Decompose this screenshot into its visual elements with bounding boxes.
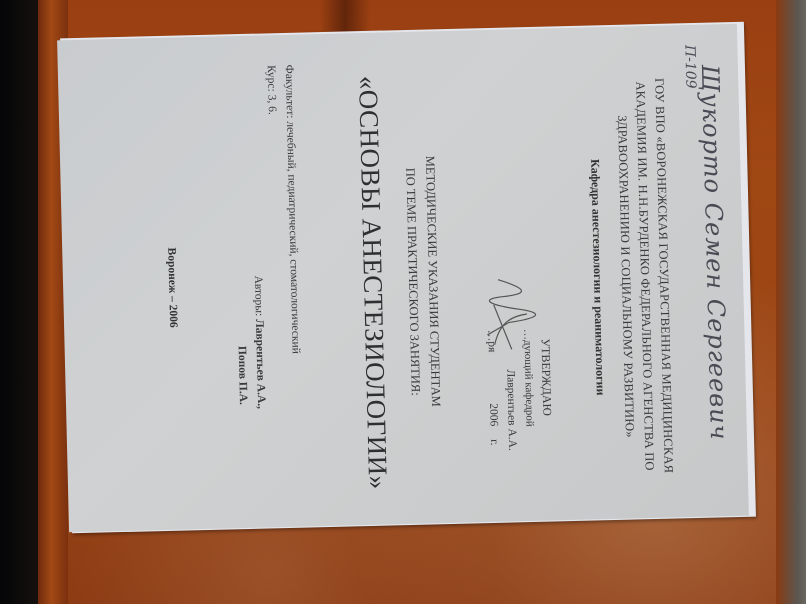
city-year: Воронеж – 2006 — [161, 68, 184, 508]
main-title: «ОСНОВЫ АНЕСТЕЗИОЛОГИИ» — [351, 52, 393, 513]
course-label: Курс: — [265, 65, 278, 92]
organization-header: ГОУ ВПО «ВОРОНЕЖСКАЯ ГОСУДАРСТВЕННАЯ МЕД… — [611, 55, 679, 496]
approval-name: Лаврентьев А.А. — [501, 369, 522, 499]
guidelines-subtitle: МЕТОДИЧЕСКИЕ УКАЗАНИЯ СТУДЕНТАМ ПО ТЕМЕ … — [398, 61, 449, 502]
background-dark-area — [0, 0, 40, 604]
document-sheet: Щукорто Семен Сергеевич П-109 ГОУ ВПО «В… — [57, 24, 749, 532]
faculty-value: лечебный, педиатрический, стоматологичес… — [284, 121, 302, 354]
author-2: Попов П.А. — [233, 346, 255, 506]
department-name: Кафедра анестезиологии и реаниматологии — [585, 57, 611, 497]
faculty-label: Факультет: — [283, 65, 296, 119]
authors-label: Авторы: — [252, 275, 265, 316]
handwritten-name: Щукорто Семен Сергеевич — [696, 64, 733, 441]
signature-icon — [478, 274, 540, 355]
approval-year-suffix: г. — [485, 439, 503, 446]
document-meta: Факультет: лечебный, педиатрический, сто… — [226, 65, 309, 507]
author-1: Лаврентьев А.А., — [253, 319, 267, 409]
course-value: 3, 6. — [265, 94, 277, 114]
document-page-rotated: Щукорто Семен Сергеевич П-109 ГОУ ВПО «В… — [57, 24, 749, 532]
surface-right-edge — [776, 0, 806, 604]
handwritten-group: П-109 — [681, 45, 698, 89]
approval-date: …ря 2006 г. — [482, 330, 504, 500]
approval-year: 2006 — [484, 403, 503, 426]
